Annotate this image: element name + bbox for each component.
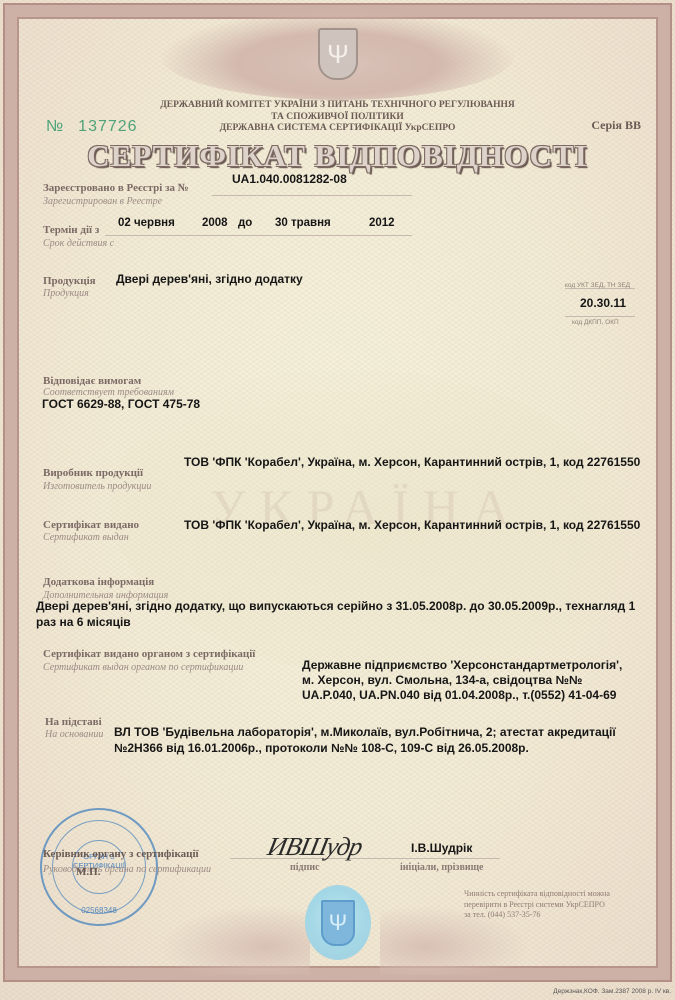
stamp-place-mark: М.П. xyxy=(76,866,100,878)
code-rule-bottom xyxy=(565,316,635,317)
name-caption: ініціали, прізвище xyxy=(400,862,483,873)
stamp-code: 02568348 xyxy=(42,906,156,915)
valid-from-date: 02 червня xyxy=(118,217,175,229)
issued-to-label-ru: Сертификат выдан xyxy=(43,532,129,543)
signatory-label: Керівник органу з сертифікації xyxy=(43,848,199,860)
product-code: 20.30.11 xyxy=(580,296,626,310)
verify-line-3: за тел. (044) 537-35-76 xyxy=(464,910,610,921)
trident-hologram-icon: Ψ xyxy=(321,900,355,946)
basis-line-1: ВЛ ТОВ 'Будівельна лабораторія', м.Микол… xyxy=(114,725,616,739)
code-label-bottom: код ДКПП, ОКП xyxy=(572,319,619,326)
validity-label: Термін дії з xyxy=(43,224,99,236)
issued-to-label: Сертифікат видано xyxy=(43,519,139,531)
bottom-left-ornament xyxy=(160,905,310,975)
code-label-top: код УКТ ЗЕД, ТН ЗЕД xyxy=(565,282,630,289)
valid-from-year: 2008 xyxy=(202,217,228,229)
issuing-body-line-2: м. Херсон, вул. Смольна, 134-а, свідоцтв… xyxy=(302,673,582,687)
number-sign: № xyxy=(46,118,64,135)
validity-rule xyxy=(105,235,412,236)
issuing-body-label-ru: Сертификат выдан органом по сертификации xyxy=(43,662,243,673)
number-value: 137726 xyxy=(78,118,137,135)
issuing-body-line-1: Державне підприємство 'Херсонстандартмет… xyxy=(302,658,622,672)
print-info: Держзнак,КОФ. Зам.2387 2008 р. IV кв. xyxy=(553,988,671,995)
agency-line-1: ДЕРЖАВНИЙ КОМІТЕТ УКРАЇНИ З ПИТАНЬ ТЕХНІ… xyxy=(0,100,675,112)
verification-note: Чинність сертифіката відповідності можна… xyxy=(464,889,610,921)
valid-to-date: 30 травня xyxy=(275,217,331,229)
basis-line-2: №2Н366 від 16.01.2006р., протоколи №№ 10… xyxy=(114,741,529,755)
valid-to-word: до xyxy=(238,217,252,229)
manufacturer-label-ru: Изготовитель продукции xyxy=(43,481,151,492)
trident-emblem-icon: Ψ xyxy=(318,28,358,80)
signatory-name: І.В.Шудрік xyxy=(411,841,472,855)
product-label: Продукція xyxy=(43,275,96,287)
registry-label-ru: Зарегистрирован в Реестре xyxy=(43,196,162,207)
registry-rule xyxy=(212,195,412,196)
basis-label-ru: На основании xyxy=(45,729,103,740)
validity-label-ru: Срок действия с xyxy=(43,238,114,249)
signatory-label-ru: Руководитель органа по сертификации xyxy=(43,864,211,875)
requirements-value: ГОСТ 6629-88, ГОСТ 475-78 xyxy=(42,397,200,411)
signature: ИВШудр xyxy=(265,832,365,862)
registry-number: UA1.040.0081282-08 xyxy=(232,172,347,186)
verify-line-2: перевірити в Реєстрі системи УкрСЕПРО xyxy=(464,900,610,911)
verify-line-1: Чинність сертифіката відповідності можна xyxy=(464,889,610,900)
product-value: Двері дерев'яні, згідно додатку xyxy=(116,272,303,286)
hologram-seal: Ψ xyxy=(305,885,371,960)
additional-info-line-1: Двері дерев'яні, згідно додатку, що випу… xyxy=(36,599,635,613)
product-label-ru: Продукция xyxy=(43,288,89,299)
manufacturer-value: ТОВ 'ФПК 'Корабел', Україна, м. Херсон, … xyxy=(184,455,640,469)
signature-caption: підпис xyxy=(290,862,320,873)
requirements-label: Відповідає вимогам xyxy=(43,375,141,387)
valid-to-year: 2012 xyxy=(369,217,395,229)
series: Серія ВВ xyxy=(591,118,641,133)
issued-to-value: ТОВ 'ФПК 'Корабел', Україна, м. Херсон, … xyxy=(184,518,640,532)
registry-label: Зареєстровано в Реєстрі за № xyxy=(43,182,189,194)
document-title: СЕРТИФІКАТ ВІДПОВІДНОСТІ xyxy=(0,138,675,174)
basis-label: На підставі xyxy=(45,716,102,728)
manufacturer-label: Виробник продукції xyxy=(43,467,143,479)
issuing-body-label: Сертифікат видано органом з сертифікації xyxy=(43,648,255,660)
certificate-number: №137726 xyxy=(46,118,138,136)
certificate-page: УКРАЇНА Ψ ДЕРЖАВНИЙ КОМІТЕТ УКРАЇНИ З ПИ… xyxy=(0,0,675,1000)
additional-info-line-2: раз на 6 місяців xyxy=(36,615,131,629)
issuing-body-line-3: UA.P.040, UA.PN.040 від 01.04.2008р., т.… xyxy=(302,688,616,702)
additional-info-label: Додаткова інформація xyxy=(43,576,154,588)
